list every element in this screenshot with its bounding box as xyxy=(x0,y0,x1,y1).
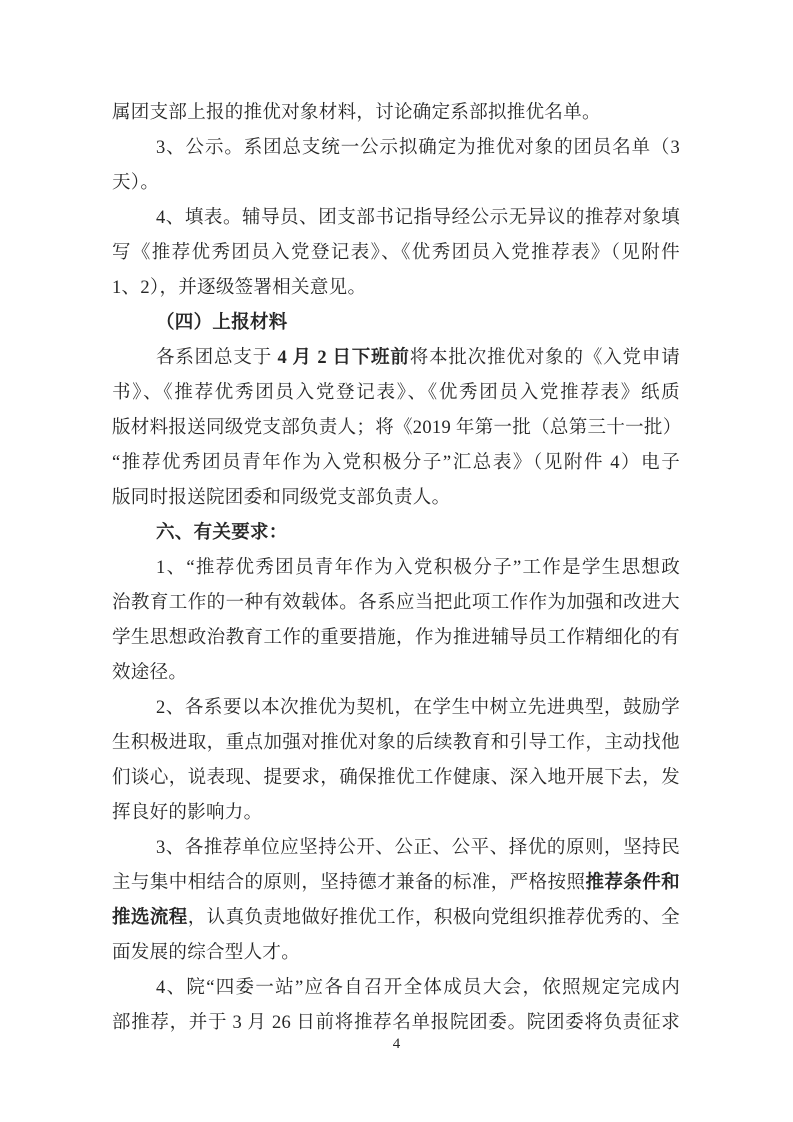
text-segment: 生积极进取，重点加强对推优对象的后续教育和引导工作，主动找他 xyxy=(112,733,680,753)
text-line: 推选流程，认真负责地做好推优工作，积极向党组织推荐优秀的、全 xyxy=(112,901,680,936)
text-line: 主与集中相结合的原则，坚持德才兼备的标准，严格按照推荐条件和 xyxy=(112,866,680,901)
text-line: 4、填表。辅导员、团支部书记指导经公示无异议的推荐对象填 xyxy=(112,201,680,236)
text-line: 1、“推荐优秀团员青年作为入党积极分子”工作是学生思想政 xyxy=(112,551,680,586)
text-line: 书》、《推荐优秀团员入党登记表》、《优秀团员入党推荐表》纸质 xyxy=(112,376,680,411)
text-line: 写《推荐优秀团员入党登记表》、《优秀团员入党推荐表》（见附件 xyxy=(112,236,680,271)
text-segment: 4、填表。辅导员、团支部书记指导经公示无异议的推荐对象填 xyxy=(156,208,680,228)
text-segment: 们谈心，说表现、提要求，确保推优工作健康、深入地开展下去，发 xyxy=(112,768,680,788)
text-segment: 2、各系要以本次推优为契机，在学生中树立先进典型，鼓励学 xyxy=(156,698,680,718)
text-line: 挥良好的影响力。 xyxy=(112,796,680,831)
bold-text-segment: 六、有关要求： xyxy=(156,523,288,543)
text-segment: 治教育工作的一种有效载体。各系应当把此项工作作为加强和改进大 xyxy=(112,593,680,613)
text-segment: 版材料报送同级党支部负责人；将《2019 年第一批（总第三十一批） xyxy=(112,418,682,438)
text-line: 们谈心，说表现、提要求，确保推优工作健康、深入地开展下去，发 xyxy=(112,761,680,796)
text-line: 各系团总支于 4 月 2 日下班前将本批次推优对象的《入党申请 xyxy=(112,341,680,376)
text-segment: 部推荐，并于 3 月 26 日前将推荐名单报院团委。院团委将负责征求 xyxy=(112,1013,680,1033)
text-segment: 挥良好的影响力。 xyxy=(112,803,262,823)
text-segment: “推荐优秀团员青年作为入党积极分子”汇总表》（见附件 4）电子 xyxy=(112,453,680,473)
text-line: 4、院“四委一站”应各自召开全体成员大会，依照规定完成内 xyxy=(112,971,680,1006)
text-line: 六、有关要求： xyxy=(112,516,680,551)
text-line: 治教育工作的一种有效载体。各系应当把此项工作作为加强和改进大 xyxy=(112,586,680,621)
text-segment: 各系团总支于 xyxy=(156,348,278,368)
text-segment: 属团支部上报的推优对象材料，讨论确定系部拟推优名单。 xyxy=(112,103,601,123)
text-segment: 将本批次推优对象的《入党申请 xyxy=(410,348,680,368)
text-line: 生积极进取，重点加强对推优对象的后续教育和引导工作，主动找他 xyxy=(112,726,680,761)
bold-text-segment: 推荐条件和 xyxy=(585,873,680,893)
text-line: 效途径。 xyxy=(112,656,680,691)
page-number: 4 xyxy=(0,1036,793,1053)
text-segment: ，认真负责地做好推优工作，积极向党组织推荐优秀的、全 xyxy=(188,908,680,928)
text-segment: 1、2），并逐级签署相关意见。 xyxy=(112,278,366,298)
bold-text-segment: 推选流程 xyxy=(112,908,188,928)
text-line: 天）。 xyxy=(112,166,680,201)
text-line: 版同时报送院团委和同级党支部负责人。 xyxy=(112,481,680,516)
bold-text-segment: 4 月 2 日下班前 xyxy=(278,348,410,368)
text-line: 3、各推荐单位应坚持公开、公正、公平、择优的原则，坚持民 xyxy=(112,831,680,866)
bold-text-segment: （四）上报材料 xyxy=(156,313,288,333)
text-segment: 3、公示。系团总支统一公示拟确定为推优对象的团员名单（3 xyxy=(156,138,680,158)
text-line: 面发展的综合型人才。 xyxy=(112,936,680,971)
text-segment: 1、“推荐优秀团员青年作为入党积极分子”工作是学生思想政 xyxy=(156,558,680,578)
text-line: 1、2），并逐级签署相关意见。 xyxy=(112,271,680,306)
text-segment: 书》、《推荐优秀团员入党登记表》、《优秀团员入党推荐表》纸质 xyxy=(112,383,680,403)
text-segment: 写《推荐优秀团员入党登记表》、《优秀团员入党推荐表》（见附件 xyxy=(112,243,680,263)
text-segment: 版同时报送院团委和同级党支部负责人。 xyxy=(112,488,450,508)
text-line: 3、公示。系团总支统一公示拟确定为推优对象的团员名单（3 xyxy=(112,131,680,166)
text-segment: 3、各推荐单位应坚持公开、公正、公平、择优的原则，坚持民 xyxy=(156,838,680,858)
text-line: “推荐优秀团员青年作为入党积极分子”汇总表》（见附件 4）电子 xyxy=(112,446,680,481)
text-line: 属团支部上报的推优对象材料，讨论确定系部拟推优名单。 xyxy=(112,96,680,131)
text-segment: 效途径。 xyxy=(112,663,187,683)
text-line: （四）上报材料 xyxy=(112,306,680,341)
text-segment: 天）。 xyxy=(112,173,159,193)
text-segment: 学生思想政治教育工作的重要措施，作为推进辅导员工作精细化的有 xyxy=(112,628,680,648)
document-body: 属团支部上报的推优对象材料，讨论确定系部拟推优名单。3、公示。系团总支统一公示拟… xyxy=(112,96,680,1041)
text-segment: 4、院“四委一站”应各自召开全体成员大会，依照规定完成内 xyxy=(156,978,680,998)
document-page: 属团支部上报的推优对象材料，讨论确定系部拟推优名单。3、公示。系团总支统一公示拟… xyxy=(0,0,793,1122)
text-segment: 主与集中相结合的原则，坚持德才兼备的标准，严格按照 xyxy=(112,873,585,893)
text-line: 学生思想政治教育工作的重要措施，作为推进辅导员工作精细化的有 xyxy=(112,621,680,656)
text-line: 版材料报送同级党支部负责人；将《2019 年第一批（总第三十一批） xyxy=(112,411,680,446)
text-segment: 面发展的综合型人才。 xyxy=(112,943,300,963)
text-line: 2、各系要以本次推优为契机，在学生中树立先进典型，鼓励学 xyxy=(112,691,680,726)
